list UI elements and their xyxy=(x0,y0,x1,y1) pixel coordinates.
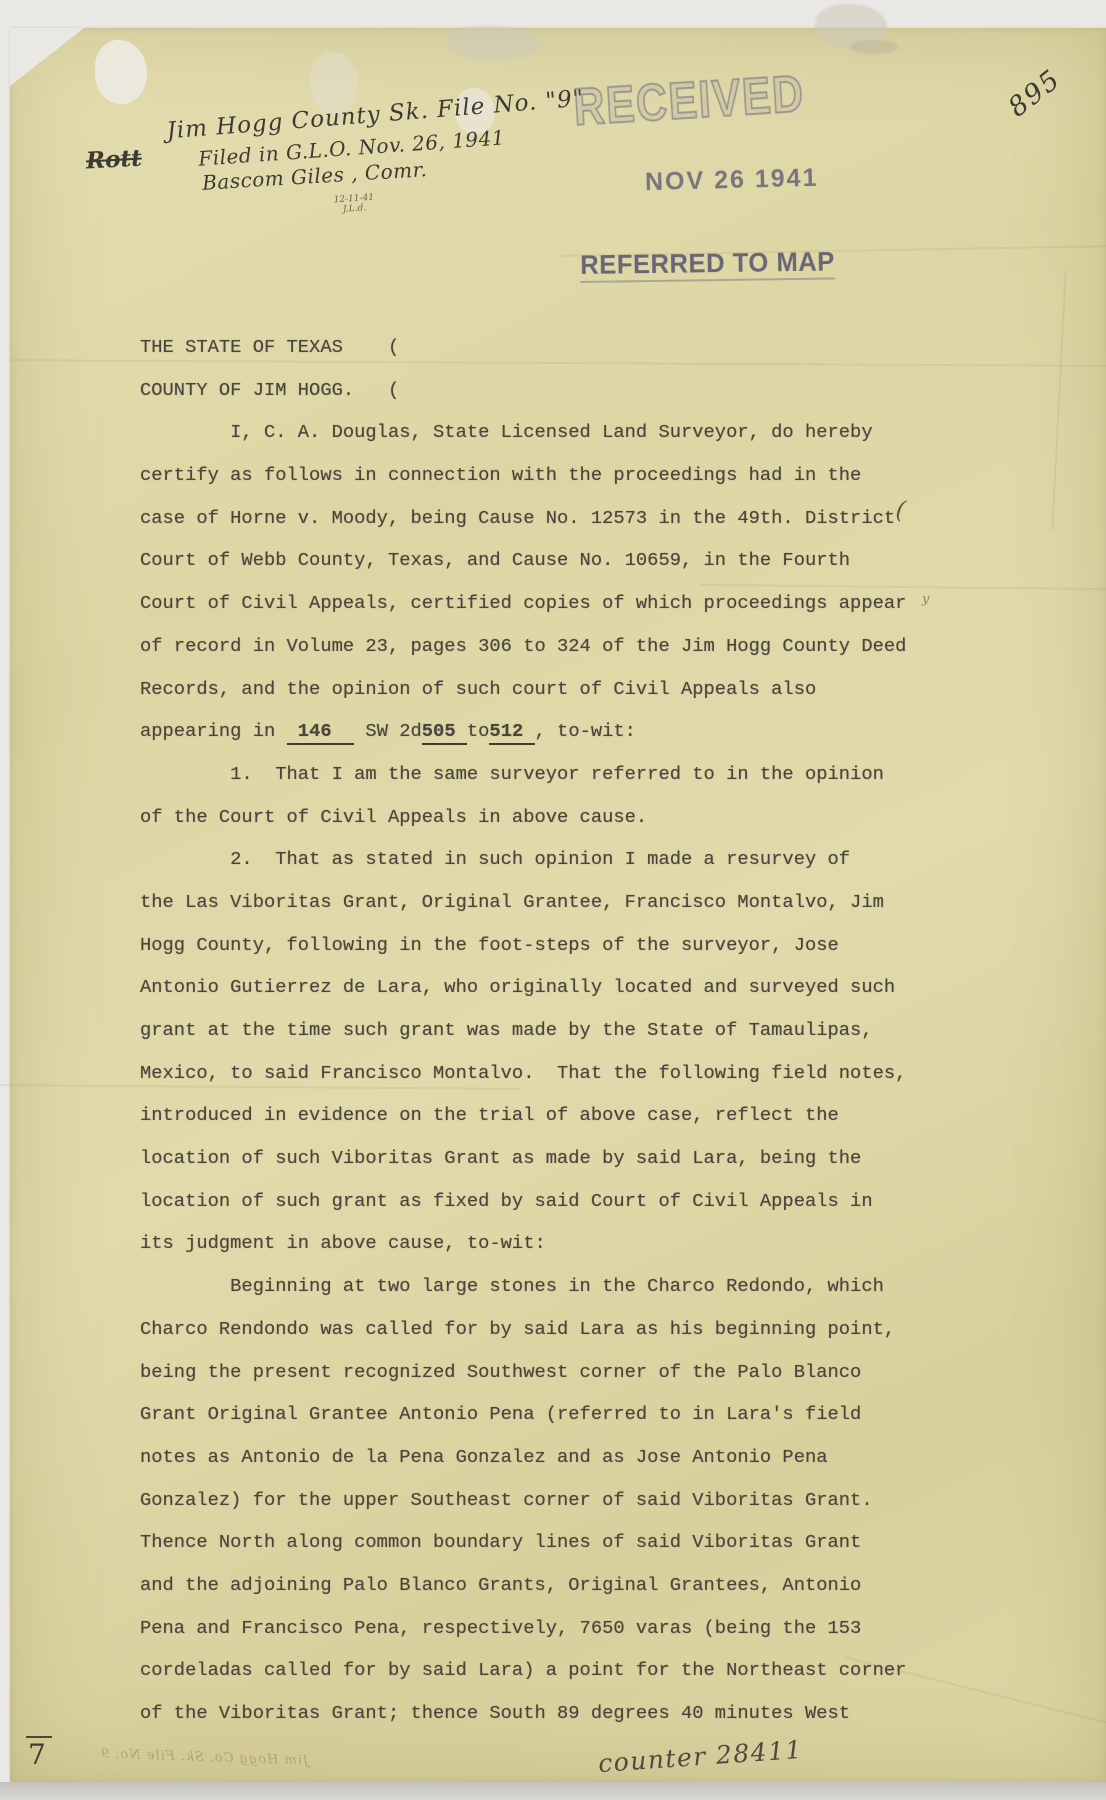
typed-line: 1. That I am the same surveyor referred … xyxy=(140,753,940,796)
typed-line: of record in Volume 23, pages 306 to 324… xyxy=(140,625,940,668)
typed-line: case of Horne v. Moody, being Cause No. … xyxy=(140,497,940,540)
typed-line: appearing in 146 SW 2d505 to512 , to-wit… xyxy=(140,710,940,753)
typed-line: THE STATE OF TEXAS ( xyxy=(140,326,940,369)
typewritten-body: THE STATE OF TEXAS (COUNTY OF JIM HOGG. … xyxy=(140,326,940,1735)
typed-line: of the Court of Civil Appeals in above c… xyxy=(140,796,940,839)
filing-note-initials: 12-11-41 J.L.d. xyxy=(333,193,375,216)
scanner-bed-edge xyxy=(0,1782,1106,1800)
typed-line: its judgment in above cause, to-wit: xyxy=(140,1222,940,1265)
typed-line: being the present recognized Southwest c… xyxy=(140,1351,940,1394)
typed-line: 2. That as stated in such opinion I made… xyxy=(140,838,940,881)
typed-line: cordeladas called for by said Lara) a po… xyxy=(140,1649,940,1692)
pencil-tick: y xyxy=(922,592,929,607)
referred-to-map-stamp: REFERRED TO MAP xyxy=(580,246,835,283)
typed-line: introduced in evidence on the trial of a… xyxy=(140,1094,940,1137)
typed-line: notes as Antonio de la Pena Gonzalez and… xyxy=(140,1436,940,1479)
filled-in-value: 146 xyxy=(287,720,355,745)
typed-line: grant at the time such grant was made by… xyxy=(140,1009,940,1052)
typed-line: Records, and the opinion of such court o… xyxy=(140,668,940,711)
typed-line: Gonzalez) for the upper Southeast corner… xyxy=(140,1479,940,1522)
typed-line: Antonio Gutierrez de Lara, who originall… xyxy=(140,966,940,1009)
typed-line: certify as follows in connection with th… xyxy=(140,454,940,497)
filled-in-value: 505 xyxy=(422,720,467,745)
typed-line: and the adjoining Palo Blanco Grants, Or… xyxy=(140,1564,940,1607)
date-stamp: NOV 26 1941 xyxy=(645,164,819,198)
document-scan: Rott Jim Hogg County Sk. File No. "9" Fi… xyxy=(0,0,1106,1800)
typed-line: Court of Civil Appeals, certified copies… xyxy=(140,582,940,625)
typed-line: Grant Original Grantee Antonio Pena (ref… xyxy=(140,1393,940,1436)
typed-line: Beginning at two large stones in the Cha… xyxy=(140,1265,940,1308)
typed-line: Hogg County, following in the foot-steps… xyxy=(140,924,940,967)
typed-line: location of such Viboritas Grant as made… xyxy=(140,1137,940,1180)
typed-line: of the Viboritas Grant; thence South 89 … xyxy=(140,1692,940,1735)
typed-line: Mexico, to said Francisco Montalvo. That… xyxy=(140,1052,940,1095)
typed-line: location of such grant as fixed by said … xyxy=(140,1180,940,1223)
typed-line: I, C. A. Douglas, State Licensed Land Su… xyxy=(140,411,940,454)
filled-in-value: 512 xyxy=(489,720,534,745)
typed-line: Court of Webb County, Texas, and Cause N… xyxy=(140,539,940,582)
typed-line: the Las Viboritas Grant, Original Grante… xyxy=(140,881,940,924)
typed-line: COUNTY OF JIM HOGG. ( xyxy=(140,369,940,412)
bottom-left-mark: 7 xyxy=(26,1736,52,1771)
typed-line: Charco Rendondo was called for by said L… xyxy=(140,1308,940,1351)
crossed-out-name: Rott xyxy=(85,145,142,175)
typed-line: Pena and Francisco Pena, respectively, 7… xyxy=(140,1607,940,1650)
typed-line: Thence North along common boundary lines… xyxy=(140,1521,940,1564)
